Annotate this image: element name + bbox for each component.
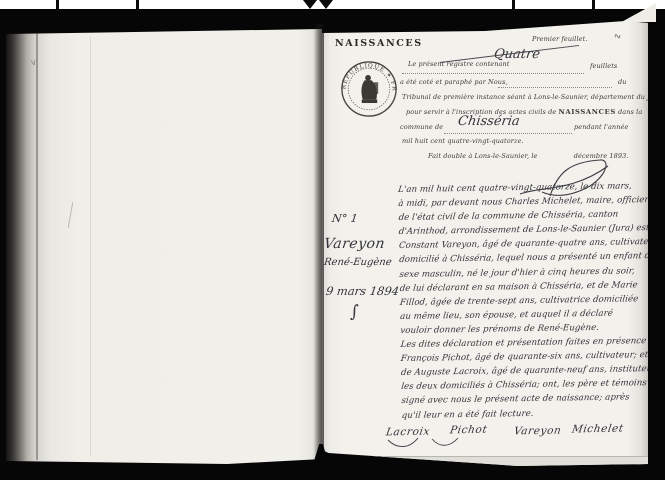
stacked-page-edge [324,456,650,466]
form-line-3: Tribunal de première instance séant à Lo… [402,93,664,101]
form-line-5b: pendant l'année [574,123,628,131]
film-frame-strip [0,0,665,9]
blank-verso-page: v [6,26,322,466]
act-number: N° 1 [331,212,358,225]
page-title: NAISSANCES [335,38,423,49]
margin-given-names: René-Eugène [323,257,392,268]
microfilm-scan: v NAISSANCES Premier feuillet. ∿ RÉPUBLI… [0,0,665,480]
form-line-4c: dans la [618,108,642,116]
margin-date: 9 mars 1894 [325,284,400,298]
form-line-5a: commune de [400,123,443,131]
fill-rule [444,132,572,134]
frame-marker-triangle-icon [319,0,333,9]
signature-michelet: Michelet [571,423,625,436]
page-scratch [68,202,73,228]
page-edge-line [36,32,38,460]
page-crease [90,36,91,456]
frame-marker-triangle-icon [303,0,317,9]
margin-paraph-icon: ∫ [350,302,359,322]
fill-rule [498,86,612,88]
register-page: NAISSANCES Premier feuillet. ∿ RÉPUBLIQU… [322,20,648,468]
film-tick-icon [56,0,59,9]
margin-surname: Vareyon [323,236,386,252]
fill-rule [402,72,584,74]
folio-label: Premier feuillet. [532,35,588,43]
form-line-6: mil huit cent quatre-vingt-quatorze. [402,137,524,145]
signature-vareyon: Vareyon [513,425,562,438]
form-line-2b: du [618,78,627,86]
signature-flourish-icon [384,434,484,450]
fill-commune-name: Chisséria [457,114,521,129]
ink-squiggle-icon: ∿ [613,31,623,43]
form-line-4: pour servir à l'inscription des actes ci… [406,108,642,116]
acte-type-label: NAISSANCES [559,108,616,116]
film-tick-icon [592,0,595,9]
book-gutter [314,24,324,462]
seated-marianne-figure [361,75,378,103]
film-tick-icon [512,0,515,9]
form-line-1b: feuillets [590,62,617,70]
republique-francaise-seal-icon: RÉPUBLIQUE ✶ FRANÇAISE [340,60,398,118]
act-text: L'an mil huit cent quatre-vingt-quatorze… [398,179,656,423]
film-tick-icon [136,0,139,9]
form-line-2a: a été coté et paraphé par Nous, [400,78,508,86]
